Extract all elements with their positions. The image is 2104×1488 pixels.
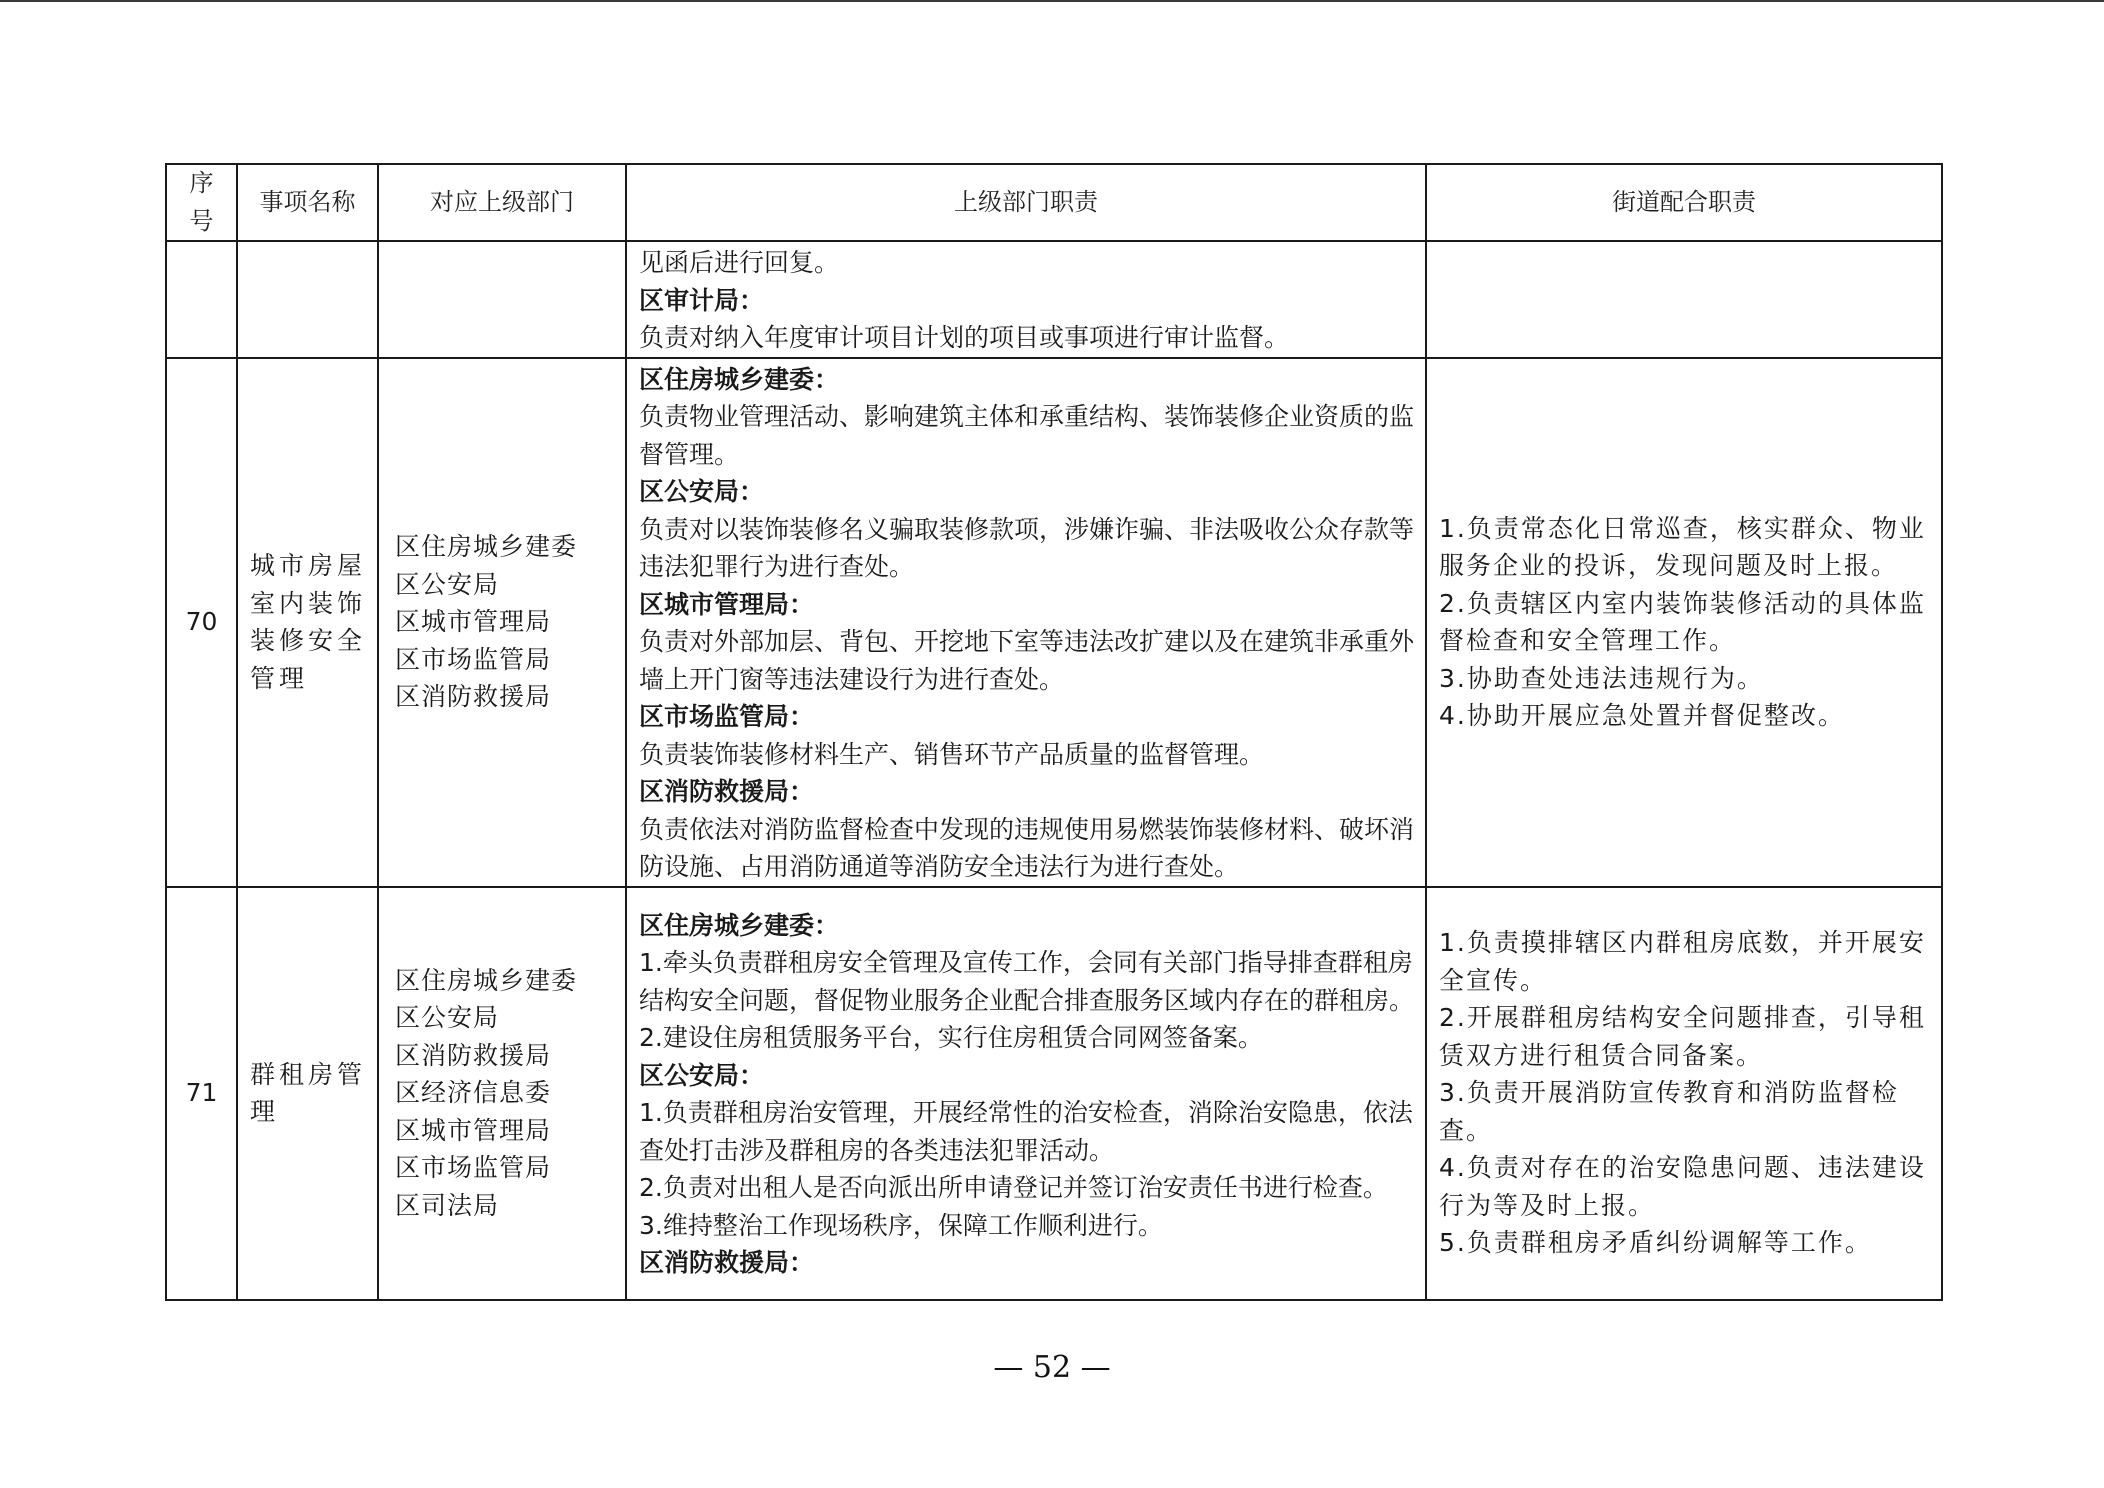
street-duty-item: 1.负责常态化日常巡查，核实群众、物业服务企业的投诉，发现问题及时上报。 xyxy=(1439,510,1933,585)
street-duty-item: 1.负责摸排辖区内群租房底数，并开展安全宣传。 xyxy=(1439,924,1933,999)
duty-dept-heading: 区住房城乡建委： xyxy=(639,361,1415,399)
duty-text: 负责依法对消防监督检查中发现的违规使用易燃装饰装修材料、破坏消防设施、占用消防通… xyxy=(639,811,1415,886)
row-street-duties xyxy=(1426,241,1942,358)
row-street-duties: 1.负责摸排辖区内群租房底数，并开展安全宣传。 2.开展群租房结构安全问题排查，… xyxy=(1426,887,1942,1300)
street-duty-item: 4.协助开展应急处置并督促整改。 xyxy=(1439,697,1933,735)
row-seq: 71 xyxy=(166,887,237,1300)
duty-dept-heading: 区消防救援局： xyxy=(639,773,1415,811)
duty-text: 负责对外部加层、背包、开挖地下室等违法改扩建以及在建筑非承重外墙上开门窗等违法建… xyxy=(639,623,1415,698)
street-duty-item: 4.负责对存在的治安隐患问题、违法建设行为等及时上报。 xyxy=(1439,1149,1933,1224)
street-duty-item: 3.协助查处违法违规行为。 xyxy=(1439,660,1933,698)
duty-text: 见函后进行回复。 xyxy=(639,244,1415,282)
duty-text: 负责对纳入年度审计项目计划的项目或事项进行审计监督。 xyxy=(639,319,1415,357)
duty-text: 2.建设住房租赁服务平台，实行住房租赁合同网签备案。 xyxy=(639,1019,1415,1057)
street-duty-item: 2.负责辖区内室内装饰装修活动的具体监督检查和安全管理工作。 xyxy=(1439,585,1933,660)
duty-dept-heading: 区公安局： xyxy=(639,1057,1415,1095)
row-seq: 70 xyxy=(166,358,237,887)
header-street-duty: 街道配合职责 xyxy=(1426,164,1942,241)
duty-text: 负责装饰装修材料生产、销售环节产品质量的监督管理。 xyxy=(639,736,1415,774)
duty-text: 1.牵头负责群租房安全管理及宣传工作，会同有关部门指导排查群租房结构安全问题，督… xyxy=(639,944,1415,1019)
responsibility-table: 序号 事项名称 对应上级部门 上级部门职责 街道配合职责 见函后进行回复。 区审… xyxy=(165,163,1943,1301)
row-item-name xyxy=(237,241,378,358)
page-number: — 52 — xyxy=(0,1350,2104,1385)
department: 区消防救援局 xyxy=(395,1037,625,1075)
row-departments xyxy=(378,241,626,358)
duty-text: 1.负责群租房治安管理，开展经常性的治安检查，消除治安隐患，依法查处打击涉及群租… xyxy=(639,1094,1415,1169)
table-header-row: 序号 事项名称 对应上级部门 上级部门职责 街道配合职责 xyxy=(166,164,1942,241)
street-duty-item: 5.负责群租房矛盾纠纷调解等工作。 xyxy=(1439,1224,1933,1262)
row-departments: 区住房城乡建委 区公安局 区城市管理局 区市场监管局 区消防救援局 xyxy=(378,358,626,887)
duty-dept-heading: 区城市管理局： xyxy=(639,586,1415,624)
row-street-duties: 1.负责常态化日常巡查，核实群众、物业服务企业的投诉，发现问题及时上报。 2.负… xyxy=(1426,358,1942,887)
street-duty-item: 2.开展群租房结构安全问题排查，引导租赁双方进行租赁合同备案。 xyxy=(1439,999,1933,1074)
header-upper-duty: 上级部门职责 xyxy=(626,164,1426,241)
row-item-name: 群租房管理 xyxy=(237,887,378,1300)
department: 区公安局 xyxy=(395,566,625,604)
department: 区司法局 xyxy=(395,1187,625,1225)
department: 区市场监管局 xyxy=(395,1149,625,1187)
page-top-rule xyxy=(0,0,2104,2)
duty-dept-heading: 区住房城乡建委： xyxy=(639,907,1415,945)
header-item-name: 事项名称 xyxy=(237,164,378,241)
duty-text: 3.维持整治工作现场秩序，保障工作顺利进行。 xyxy=(639,1207,1415,1245)
department: 区城市管理局 xyxy=(395,603,625,641)
table-row: 见函后进行回复。 区审计局： 负责对纳入年度审计项目计划的项目或事项进行审计监督… xyxy=(166,241,1942,358)
department: 区公安局 xyxy=(395,999,625,1037)
row-upper-duties: 见函后进行回复。 区审计局： 负责对纳入年度审计项目计划的项目或事项进行审计监督… xyxy=(626,241,1426,358)
header-upper-dept: 对应上级部门 xyxy=(378,164,626,241)
header-seq: 序号 xyxy=(166,164,237,241)
row-item-name: 城市房屋室内装饰装修安全管理 xyxy=(237,358,378,887)
department: 区市场监管局 xyxy=(395,641,625,679)
duty-dept-heading: 区审计局： xyxy=(639,282,1415,320)
department: 区住房城乡建委 xyxy=(395,962,625,1000)
duty-dept-heading: 区公安局： xyxy=(639,473,1415,511)
department: 区消防救援局 xyxy=(395,678,625,716)
row-departments: 区住房城乡建委 区公安局 区消防救援局 区经济信息委 区城市管理局 区市场监管局… xyxy=(378,887,626,1300)
duty-text: 负责物业管理活动、影响建筑主体和承重结构、装饰装修企业资质的监督管理。 xyxy=(639,398,1415,473)
street-duty-item: 3.负责开展消防宣传教育和消防监督检查。 xyxy=(1439,1074,1933,1149)
row-seq xyxy=(166,241,237,358)
duty-text: 负责对以装饰装修名义骗取装修款项，涉嫌诈骗、非法吸收公众存款等违法犯罪行为进行查… xyxy=(639,511,1415,586)
department: 区经济信息委 xyxy=(395,1074,625,1112)
duty-dept-heading: 区消防救援局： xyxy=(639,1244,1415,1282)
department: 区城市管理局 xyxy=(395,1112,625,1150)
row-upper-duties: 区住房城乡建委： 负责物业管理活动、影响建筑主体和承重结构、装饰装修企业资质的监… xyxy=(626,358,1426,887)
duty-text: 2.负责对出租人是否向派出所申请登记并签订治安责任书进行检查。 xyxy=(639,1169,1415,1207)
row-upper-duties: 区住房城乡建委： 1.牵头负责群租房安全管理及宣传工作，会同有关部门指导排查群租… xyxy=(626,887,1426,1300)
department: 区住房城乡建委 xyxy=(395,528,625,566)
duty-dept-heading: 区市场监管局： xyxy=(639,698,1415,736)
table-row: 71 群租房管理 区住房城乡建委 区公安局 区消防救援局 区经济信息委 区城市管… xyxy=(166,887,1942,1300)
table-row: 70 城市房屋室内装饰装修安全管理 区住房城乡建委 区公安局 区城市管理局 区市… xyxy=(166,358,1942,887)
